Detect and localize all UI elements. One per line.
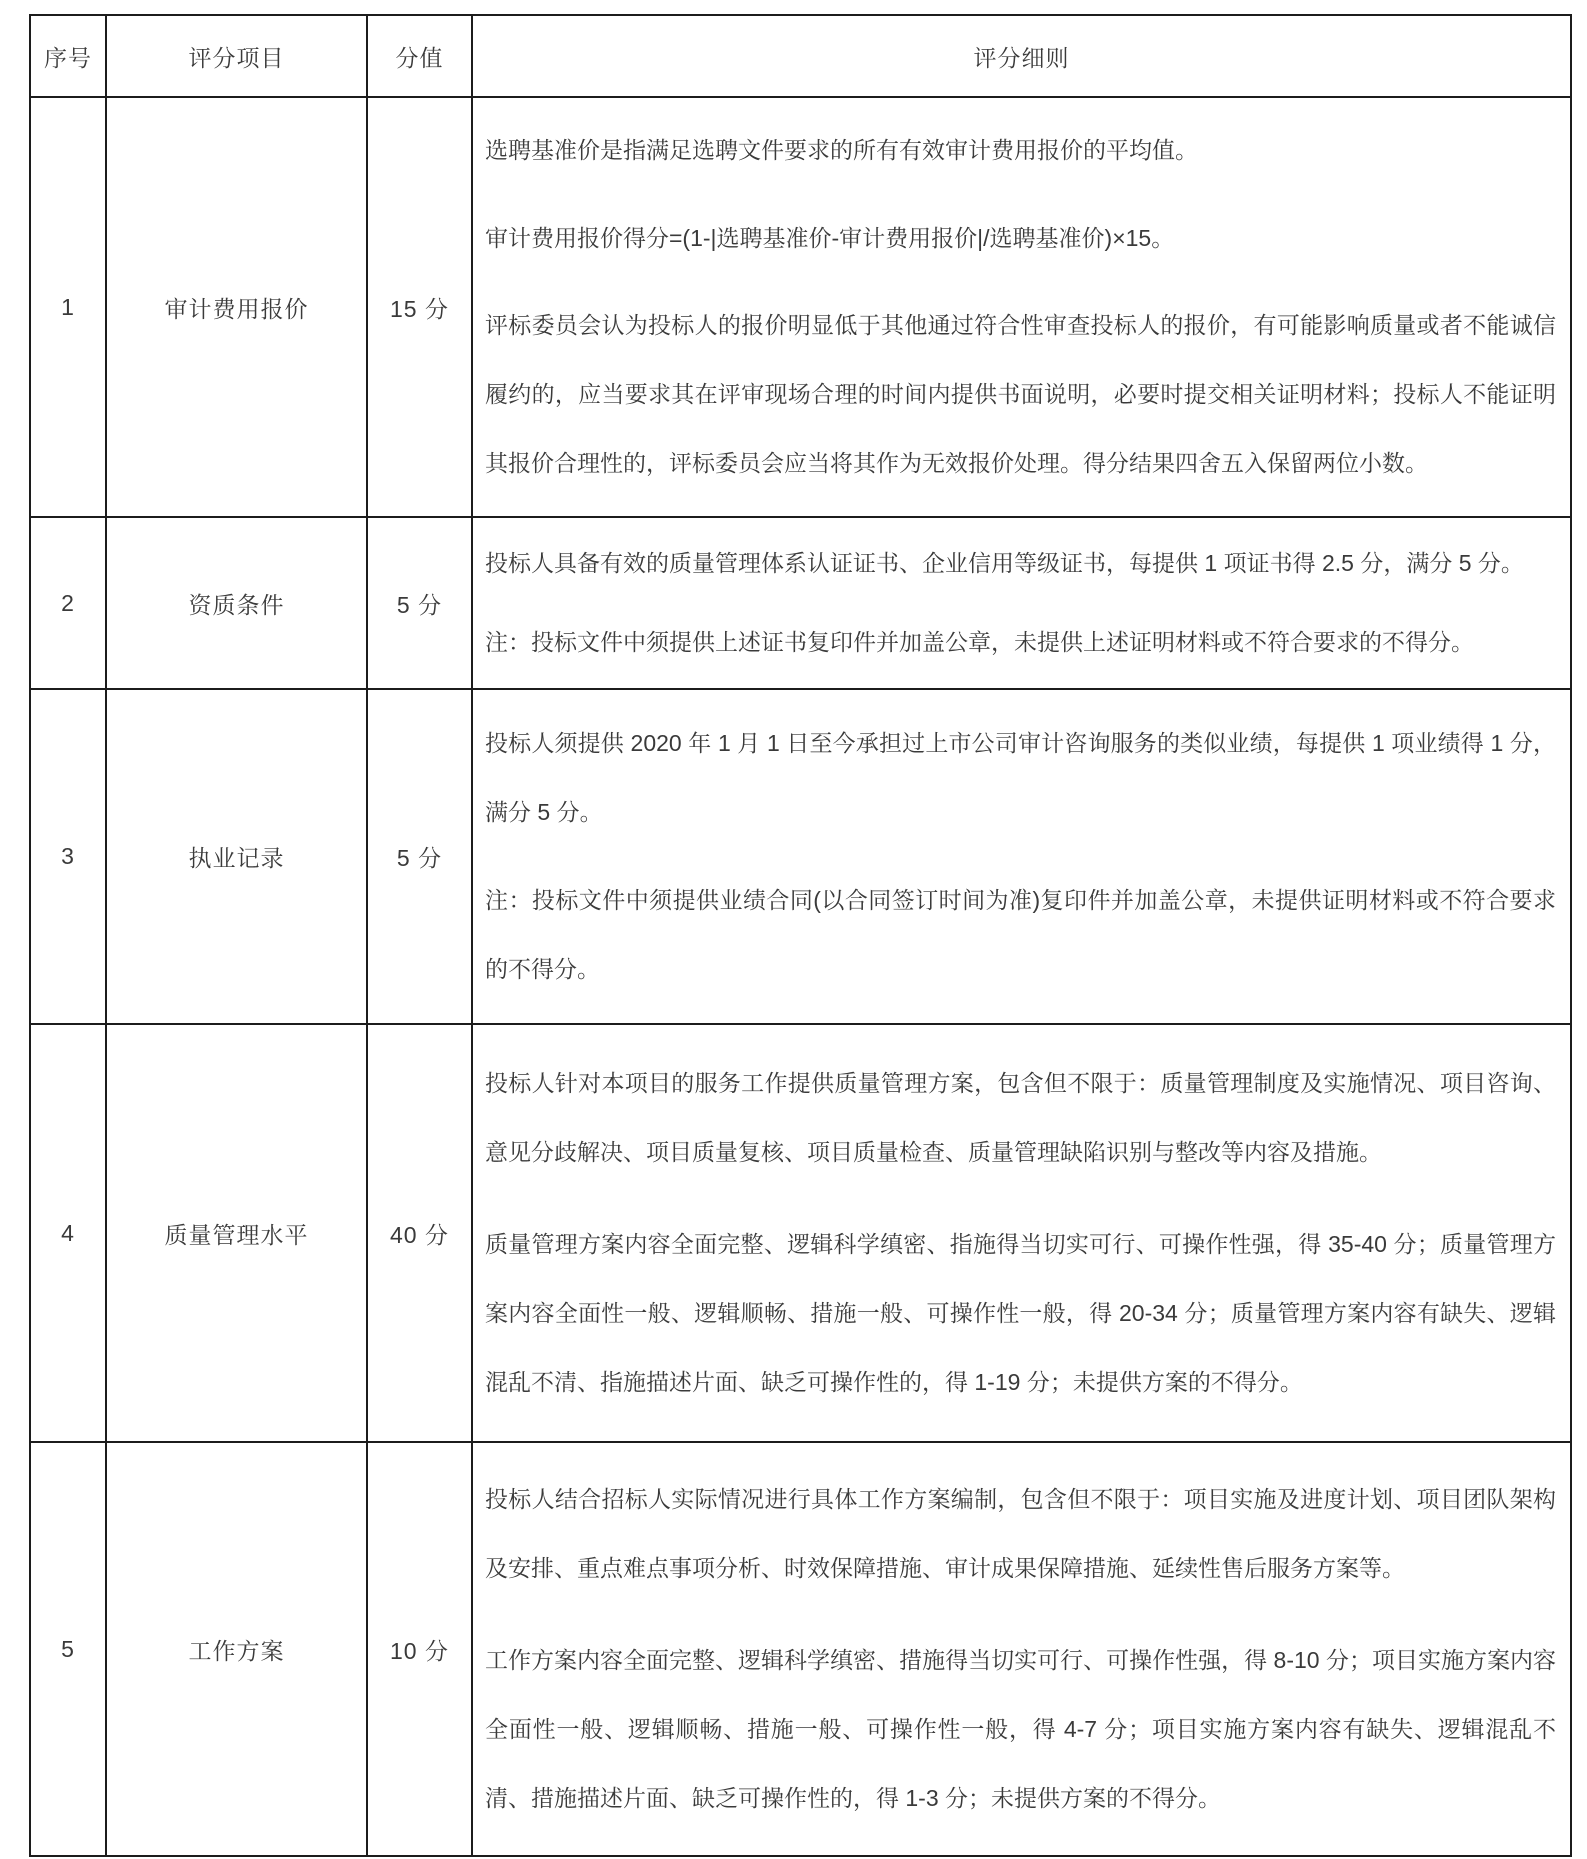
header-no: 序号	[30, 15, 106, 97]
row-item: 执业记录	[106, 689, 367, 1024]
detail-paragraph: 审计费用报价得分=(1-|选聘基准价-审计费用报价|/选聘基准价)×15。	[485, 204, 1556, 273]
table-row: 2 资质条件 5 分 投标人具备有效的质量管理体系认证证书、企业信用等级证书，每…	[30, 517, 1571, 689]
table-row: 3 执业记录 5 分 投标人须提供 2020 年 1 月 1 日至今承担过上市公…	[30, 689, 1571, 1024]
row-item: 审计费用报价	[106, 97, 367, 517]
row-item: 工作方案	[106, 1442, 367, 1856]
row-item: 质量管理水平	[106, 1024, 367, 1442]
row-details: 选聘基准价是指满足选聘文件要求的所有有效审计费用报价的平均值。 审计费用报价得分…	[472, 97, 1571, 517]
row-no: 4	[30, 1024, 106, 1442]
detail-paragraph: 投标人结合招标人实际情况进行具体工作方案编制，包含但不限于：项目实施及进度计划、…	[485, 1465, 1556, 1603]
detail-paragraph: 注：投标文件中须提供上述证书复印件并加盖公章，未提供上述证明材料或不符合要求的不…	[485, 608, 1556, 677]
row-no: 2	[30, 517, 106, 689]
table-row: 1 审计费用报价 15 分 选聘基准价是指满足选聘文件要求的所有有效审计费用报价…	[30, 97, 1571, 517]
detail-paragraph: 投标人具备有效的质量管理体系认证证书、企业信用等级证书，每提供 1 项证书得 2…	[485, 529, 1556, 598]
row-details: 投标人针对本项目的服务工作提供质量管理方案，包含但不限于：质量管理制度及实施情况…	[472, 1024, 1571, 1442]
row-item: 资质条件	[106, 517, 367, 689]
header-details: 评分细则	[472, 15, 1571, 97]
detail-paragraph: 投标人针对本项目的服务工作提供质量管理方案，包含但不限于：质量管理制度及实施情况…	[485, 1049, 1556, 1187]
row-score: 15 分	[367, 97, 472, 517]
table-row: 5 工作方案 10 分 投标人结合招标人实际情况进行具体工作方案编制，包含但不限…	[30, 1442, 1571, 1856]
row-details: 投标人须提供 2020 年 1 月 1 日至今承担过上市公司审计咨询服务的类似业…	[472, 689, 1571, 1024]
detail-paragraph: 注：投标文件中须提供业绩合同(以合同签订时间为准)复印件并加盖公章，未提供证明材…	[485, 866, 1556, 1004]
row-details: 投标人具备有效的质量管理体系认证证书、企业信用等级证书，每提供 1 项证书得 2…	[472, 517, 1571, 689]
row-score: 10 分	[367, 1442, 472, 1856]
row-score: 40 分	[367, 1024, 472, 1442]
header-score: 分值	[367, 15, 472, 97]
detail-paragraph: 工作方案内容全面完整、逻辑科学缜密、措施得当切实可行、可操作性强，得 8-10 …	[485, 1626, 1556, 1833]
row-no: 5	[30, 1442, 106, 1856]
detail-paragraph: 投标人须提供 2020 年 1 月 1 日至今承担过上市公司审计咨询服务的类似业…	[485, 709, 1556, 847]
document-page: 序号 评分项目 分值 评分细则 1 审计费用报价 15 分 选聘基准价是指满足选…	[0, 0, 1587, 1859]
detail-paragraph: 选聘基准价是指满足选聘文件要求的所有有效审计费用报价的平均值。	[485, 116, 1556, 185]
row-score: 5 分	[367, 517, 472, 689]
row-score: 5 分	[367, 689, 472, 1024]
scoring-criteria-table: 序号 评分项目 分值 评分细则 1 审计费用报价 15 分 选聘基准价是指满足选…	[29, 14, 1572, 1857]
header-row: 序号 评分项目 分值 评分细则	[30, 15, 1571, 97]
row-no: 1	[30, 97, 106, 517]
row-no: 3	[30, 689, 106, 1024]
detail-paragraph: 评标委员会认为投标人的报价明显低于其他通过符合性审查投标人的报价，有可能影响质量…	[485, 291, 1556, 498]
table-row: 4 质量管理水平 40 分 投标人针对本项目的服务工作提供质量管理方案，包含但不…	[30, 1024, 1571, 1442]
header-item: 评分项目	[106, 15, 367, 97]
detail-paragraph: 质量管理方案内容全面完整、逻辑科学缜密、指施得当切实可行、可操作性强，得 35-…	[485, 1210, 1556, 1417]
row-details: 投标人结合招标人实际情况进行具体工作方案编制，包含但不限于：项目实施及进度计划、…	[472, 1442, 1571, 1856]
